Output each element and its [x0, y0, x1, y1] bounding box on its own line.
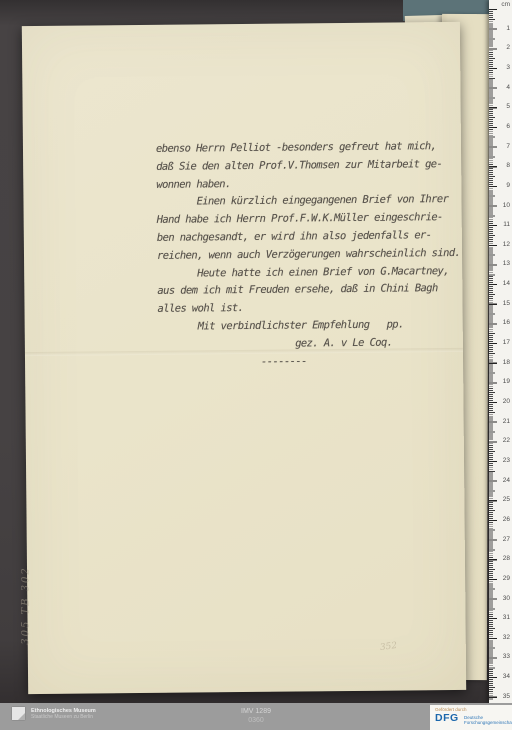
- ruler-number: 17: [498, 339, 510, 346]
- ruler-number: 18: [498, 359, 510, 366]
- ruler-number: 20: [498, 398, 510, 405]
- ruler-number: 22: [498, 437, 510, 444]
- ruler-number: 21: [498, 418, 510, 425]
- ruler-number: 29: [498, 575, 510, 582]
- ruler-number: 13: [498, 260, 510, 267]
- ruler-number: 26: [498, 516, 510, 523]
- ruler: cm 1234567891011121314151617181920212223…: [489, 0, 512, 703]
- ruler-number: 15: [498, 300, 510, 307]
- ruler-number: 33: [498, 653, 510, 660]
- letter-line: aus dem ich mit Freuden ersehe, daß in C…: [157, 280, 460, 301]
- letter-line: reichen, wenn auch Verzögerungen wahrsch…: [157, 245, 460, 266]
- dfg-logo: Gefördert durch DFG Deutsche Forschungsg…: [430, 705, 512, 730]
- dfg-full-name: Deutsche Forschungsgemeinschaft: [464, 715, 512, 725]
- ruler-number: 11: [498, 221, 510, 228]
- ruler-number: 23: [498, 457, 510, 464]
- footer-bar: Ethnologisches Museum Staatliche Museen …: [0, 703, 512, 730]
- letter-line: daß Sie den alten Prof.V.Thomsen zur Mit…: [156, 156, 459, 177]
- ruler-number: 2: [498, 44, 510, 51]
- ruler-unit-label: cm: [501, 1, 510, 8]
- ruler-number: 34: [498, 673, 510, 680]
- dfg-name-line2: Forschungsgemeinschaft: [464, 720, 512, 725]
- letter-text: ebenso Herrn Pelliot -besonders gefreut …: [156, 138, 461, 372]
- ruler-number: 25: [498, 496, 510, 503]
- ruler-number: 19: [498, 378, 510, 385]
- ruler-number: 31: [498, 614, 510, 621]
- ruler-number: 9: [498, 182, 510, 189]
- ruler-number: 1: [498, 25, 510, 32]
- ruler-number: 12: [498, 241, 510, 248]
- letter-line: --------: [158, 351, 461, 372]
- ruler-ticks-cm: [489, 9, 497, 700]
- ruler-number: 32: [498, 634, 510, 641]
- letter-page: ebenso Herrn Pelliot -besonders gefreut …: [22, 22, 466, 694]
- ruler-number: 35: [498, 693, 510, 700]
- ruler-number: 5: [498, 103, 510, 110]
- ruler-number: 3: [498, 64, 510, 71]
- ruler-number: 4: [498, 84, 510, 91]
- ruler-number: 8: [498, 162, 510, 169]
- ruler-number: 28: [498, 555, 510, 562]
- dfg-acronym: DFG: [435, 712, 459, 724]
- ruler-number: 24: [498, 477, 510, 484]
- ruler-number: 14: [498, 280, 510, 287]
- ruler-number: 16: [498, 319, 510, 326]
- ruler-number: 10: [498, 202, 510, 209]
- ruler-number: 6: [498, 123, 510, 130]
- ruler-number: 30: [498, 595, 510, 602]
- ruler-number: 7: [498, 143, 510, 150]
- pencil-annotation-left: 305 TB 302: [21, 541, 32, 671]
- ruler-number: 27: [498, 536, 510, 543]
- document-scan-viewer: ebenso Herrn Pelliot -besonders gefreut …: [0, 0, 512, 730]
